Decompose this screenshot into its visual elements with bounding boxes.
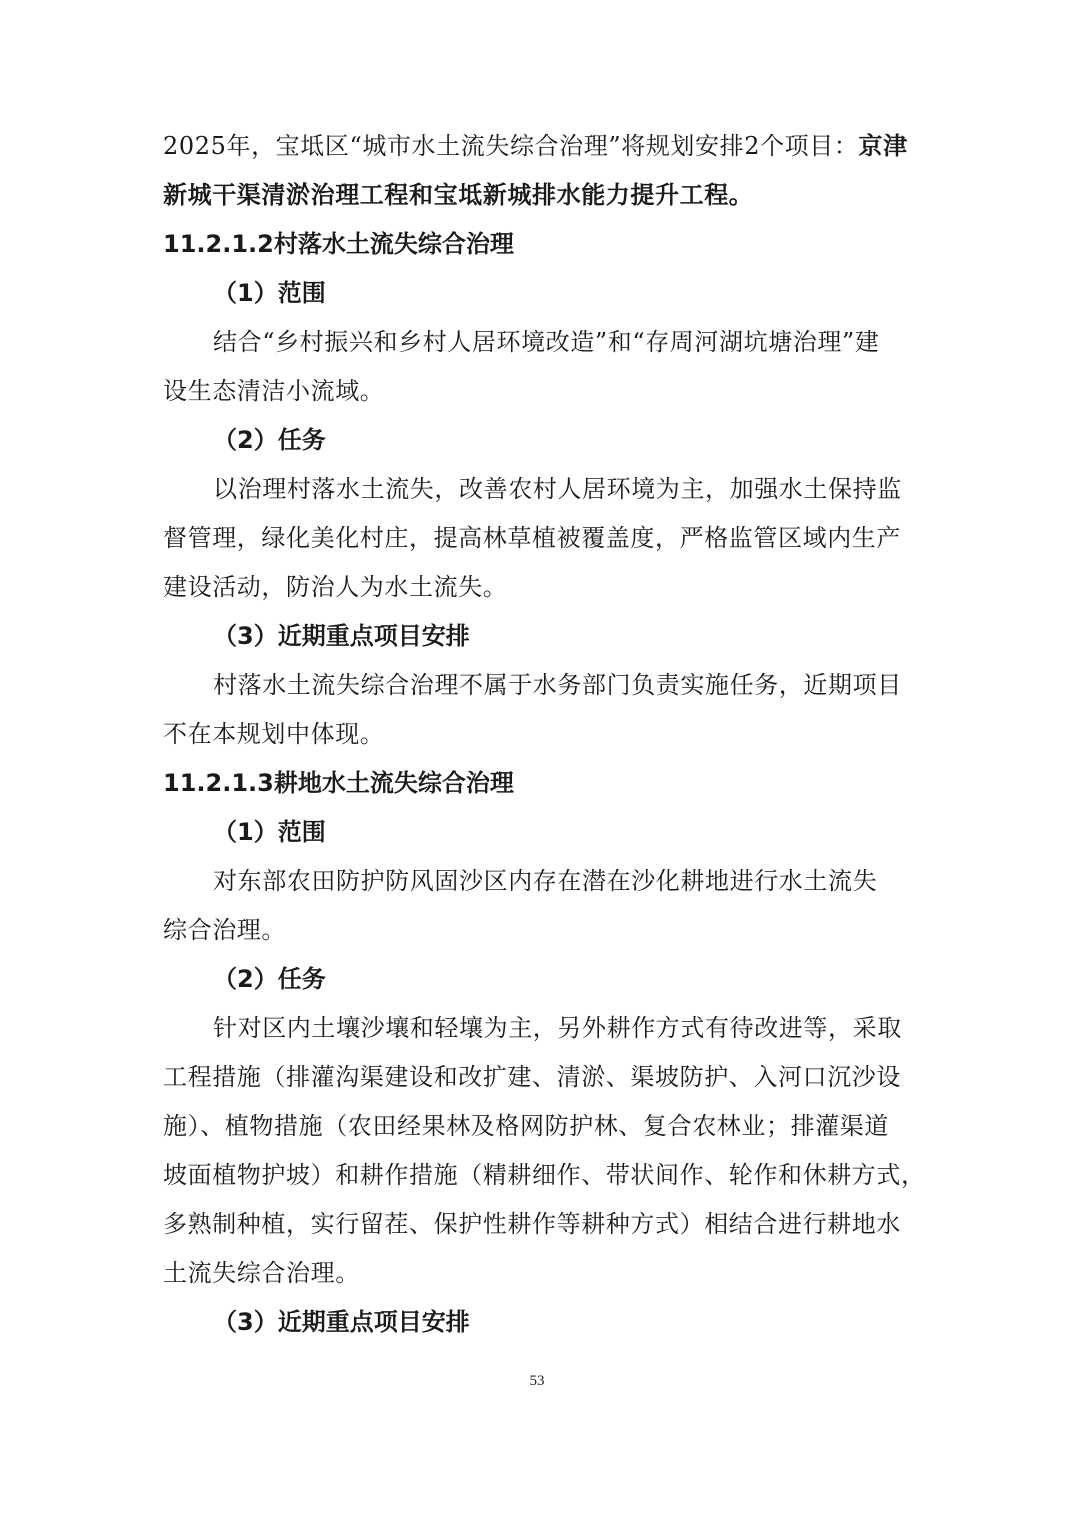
subheading-scope: （1）范围 <box>213 808 326 856</box>
paragraph-line: 结合“乡村振兴和乡村人居环境改造”和“存周河湖坑塘治理”建 <box>213 318 879 366</box>
paragraph-line: 土流失综合治理。 <box>163 1249 360 1297</box>
subheading-scope: （1）范围 <box>213 269 326 317</box>
paragraph-line: 对东部农田防护防风固沙区内存在潜在沙化耕地进行水土流失 <box>213 857 877 905</box>
subheading-projects: （3）近期重点项目安排 <box>213 1298 470 1346</box>
page-number: 53 <box>0 1373 1074 1390</box>
paragraph-line: 施）、植物措施（农田经果林及格网防护林、复合农林业；排灌渠道 <box>163 1102 889 1150</box>
paragraph-line: 坡面植物护坡）和耕作措施（精耕细作、带状间作、轮作和休耕方式， <box>163 1151 926 1199</box>
paragraph-line: 设生态清洁小流域。 <box>163 367 384 415</box>
paragraph-line: 村落水土流失综合治理不属于水务部门负责实施任务，近期项目 <box>213 661 902 709</box>
paragraph-line: 针对区内土壤沙壤和轻壤为主，另外耕作方式有待改进等，采取 <box>213 1004 902 1052</box>
paragraph-line: 多熟制种植，实行留茬、保护性耕作等耕种方式）相结合进行耕地水 <box>163 1200 901 1248</box>
paragraph-line: 不在本规划中体现。 <box>163 710 384 758</box>
subheading-task: （2）任务 <box>213 416 326 464</box>
line-text-bold: 京津 <box>859 131 908 160</box>
subheading-task: （2）任务 <box>213 955 326 1003</box>
paragraph-line: 综合治理。 <box>163 906 286 954</box>
section-heading-11-2-1-3: 11.2.1.3耕地水土流失综合治理 <box>163 759 514 807</box>
paragraph-line: 2025年，宝坻区“城市水土流失综合治理”将规划安排2个项目：京津 <box>163 122 908 170</box>
paragraph-line: 建设活动，防治人为水土流失。 <box>163 563 507 611</box>
paragraph-line: 以治理村落水土流失，改善农村人居环境为主，加强水土保持监 <box>213 465 902 513</box>
paragraph-line: 督管理，绿化美化村庄，提高林草植被覆盖度，严格监管区域内生产 <box>163 514 901 562</box>
section-heading-11-2-1-2: 11.2.1.2村落水土流失综合治理 <box>163 220 514 268</box>
paragraph-line-bold: 新城干渠清淤治理工程和宝坻新城排水能力提升工程。 <box>163 171 753 219</box>
subheading-projects: （3）近期重点项目安排 <box>213 612 470 660</box>
paragraph-line: 工程措施（排灌沟渠建设和改扩建、清淤、渠坡防护、入河口沉沙设 <box>163 1053 901 1101</box>
line-text: 2025年，宝坻区“城市水土流失综合治理”将规划安排2个项目： <box>163 132 859 160</box>
